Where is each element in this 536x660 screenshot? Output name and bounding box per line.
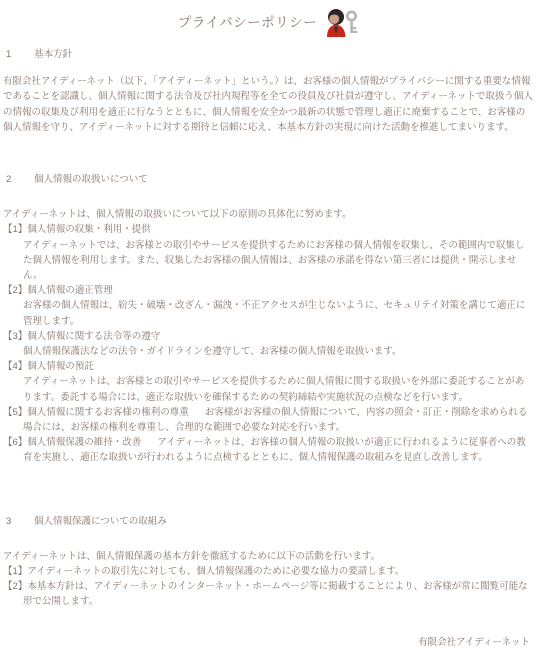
item-label: 【2】 bbox=[3, 581, 27, 592]
section-3-heading: 3個人情報保護についての取組み bbox=[3, 514, 533, 529]
item-title: 個人情報の適正管理 bbox=[27, 285, 113, 296]
policy-item-1-body: アイディーネットでは、お客様との取引やサービスを提供するためにお客様の個人情報を… bbox=[3, 238, 533, 284]
item-label: 【1】 bbox=[3, 566, 27, 577]
item-label: 【5】 bbox=[3, 407, 27, 418]
section-1-intro: 有限会社アイディーネット（以下、「アイディーネット」という。）は、お客様の個人情… bbox=[3, 74, 533, 135]
section-3-number: 3 bbox=[6, 514, 34, 529]
policy-item-1: 【1】個人情報の収集・利用・提供 アイディーネットでは、お客様との取引やサービス… bbox=[3, 222, 533, 283]
activity-item-1: 【1】アイディーネットの取引先に対しても、個人情報保護のために必要な協力の要請し… bbox=[3, 564, 533, 579]
policy-item-2-body: お客様の個人情報は、紛失・破壊・改ざん・漏洩・不正アクセスが生じないように、セキ… bbox=[3, 298, 533, 328]
policy-item-3: 【3】個人情報に関する法令等の遵守 個人情報保護法などの法令・ガイドラインを遵守… bbox=[3, 329, 533, 359]
section-1-title: 基本方針 bbox=[34, 49, 72, 60]
policy-item-2: 【2】個人情報の適正管理 お客様の個人情報は、紛失・破壊・改ざん・漏洩・不正アク… bbox=[3, 283, 533, 329]
section-2-number: 2 bbox=[6, 172, 34, 187]
section-1-heading: 1基本方針 bbox=[3, 47, 533, 62]
policy-item-2-title-line: 【2】個人情報の適正管理 bbox=[3, 283, 533, 298]
policy-item-4-title-line: 【4】個人情報の預託 bbox=[3, 359, 533, 374]
policy-item-4-body: アイディーネットは、お客様との取引やサービスを提供するために個人情報に関する取扱… bbox=[3, 374, 533, 404]
section-2-intro: アイディーネットは、個人情報の取扱いについて以下の原則の具体化に努めます。 bbox=[3, 207, 533, 222]
section-3-title: 個人情報保護についての取組み bbox=[34, 516, 167, 527]
item-title: 個人情報保護の維持・改善 bbox=[27, 437, 141, 448]
item-title: 個人情報に関する法令等の遵守 bbox=[27, 331, 160, 342]
privacy-policy-document: プライバシーポリシー 1基本方針 有限会社アイディーネット（以下、「アイディーネ… bbox=[0, 0, 536, 660]
policy-item-3-body: 個人情報保護法などの法令・ガイドラインを遵守して、お客様の個人情報を取扱います。 bbox=[3, 344, 533, 359]
section-1-number: 1 bbox=[6, 47, 34, 62]
company-signature: 有限会社アイディーネット bbox=[3, 635, 533, 650]
item-title: 個人情報に関するお客様の権利の尊重 bbox=[27, 407, 189, 418]
item-label: 【3】 bbox=[3, 331, 27, 342]
policy-item-6: 【6】個人情報保護の維持・改善アイディーネットは、お客様の個人情報の取扱いが適正… bbox=[3, 435, 533, 465]
item-label: 【4】 bbox=[3, 361, 27, 372]
page-title: プライバシーポリシー bbox=[178, 15, 317, 30]
policy-item-5: 【5】個人情報に関するお客様の権利の尊重お客様がお客様の個人情報について、内容の… bbox=[3, 405, 533, 435]
activity-item-1-body: アイディーネットの取引先に対しても、個人情報保護のために必要な協力の要請します。 bbox=[27, 566, 404, 577]
section-2-heading: 2個人情報の取扱いについて bbox=[3, 172, 533, 187]
item-title: 個人情報の預託 bbox=[27, 361, 94, 372]
policy-item-4: 【4】個人情報の預託 アイディーネットは、お客様との取引やサービスを提供するため… bbox=[3, 359, 533, 405]
activity-item-2-body: 本基本方針は、アイディーネットのインターネット・ホームページ等に掲載することによ… bbox=[23, 581, 528, 607]
activity-item-2: 【2】本基本方針は、アイディーネットのインターネット・ホームページ等に掲載するこ… bbox=[3, 579, 533, 609]
policy-item-1-title-line: 【1】個人情報の収集・利用・提供 bbox=[3, 222, 533, 237]
item-label: 【1】 bbox=[3, 224, 27, 235]
item-label: 【6】 bbox=[3, 437, 27, 448]
title-row: プライバシーポリシー bbox=[3, 7, 533, 39]
item-title: 個人情報の収集・利用・提供 bbox=[27, 224, 151, 235]
section-3-intro: アイディーネットは、個人情報保護の基本方針を徹底するために以下の活動を行います。 bbox=[3, 549, 533, 564]
section-2-title: 個人情報の取扱いについて bbox=[34, 174, 148, 185]
policy-item-3-title-line: 【3】個人情報に関する法令等の遵守 bbox=[3, 329, 533, 344]
item-label: 【2】 bbox=[3, 285, 27, 296]
person-key-icon bbox=[324, 8, 358, 38]
